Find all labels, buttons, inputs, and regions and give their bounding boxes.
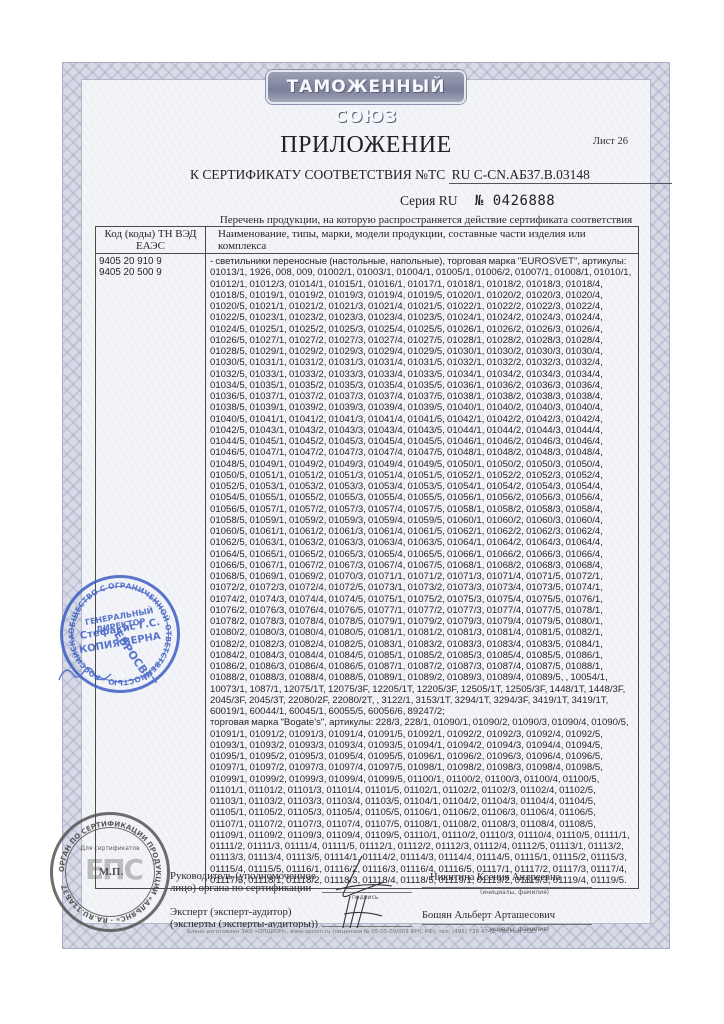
head-name-line [422, 887, 592, 888]
column-header-name: Наименование, типы, марки, модели продук… [206, 227, 639, 254]
true-copy-mark: КОПИЯ ВЕРНА [63, 628, 177, 659]
director-name: Стефакис Г.С. [63, 614, 177, 645]
form-printer-imprint: Бланк изготовлен ЗАО «ОПЦИОН», www.opcio… [183, 928, 491, 937]
series-line: Серия RU № 0426888 [400, 193, 555, 209]
svg-text:ОРГАН ПО СЕРТИФИКАЦИИ ПРОДУКЦИ: ОРГАН ПО СЕРТИФИКАЦИИ ПРОДУКЦИИ «АЛЬЯНС»… [58, 820, 162, 924]
hs-codes-cell: 9405 20 910 9 9405 20 500 9 [96, 254, 206, 889]
blank-number: № 0426888 [475, 193, 555, 209]
head-label: Руководитель (уполномоченное лицо) орган… [170, 870, 316, 894]
head-label-line-2: лицо) органа по сертификации [170, 882, 316, 894]
hs-code: 9405 20 910 9 [99, 256, 202, 267]
table-row: 9405 20 910 9 9405 20 500 9 - светильник… [96, 254, 639, 889]
product-description-cell: - светильники переносные (настольные, на… [206, 254, 639, 889]
products-table: Код (коды) ТН ВЭД ЕАЭС Наименование, тип… [95, 226, 639, 889]
head-name: Никитина Ксения Андреевна [430, 872, 560, 883]
column-header-code: Код (коды) ТН ВЭД ЕАЭС [96, 227, 206, 254]
eurosvet-articles: 01013/1, 1926, 008, 009, 01002/1, 01003/… [210, 267, 631, 717]
customs-union-banner: ТАМОЖЕННЫЙ СОЮЗ [266, 70, 466, 104]
eurosvet-intro: - светильники переносные (настольные, на… [210, 256, 626, 267]
expert-name: Бошян Альберт Арташесович [422, 910, 555, 921]
hs-code: 9405 20 500 9 [99, 267, 202, 278]
product-list-caption: Перечень продукции, на которую распростр… [162, 214, 650, 226]
table-header-row: Код (коды) ТН ВЭД ЕАЭС Наименование, тип… [96, 227, 639, 254]
certificate-reference: К СЕРТИФИКАТУ СООТВЕТСТВИЯ №ТС RU C-CN.А… [190, 167, 672, 184]
director-signature-icon [55, 660, 115, 690]
bogates-intro: торговая марка "Bogate's", артикулы: [210, 717, 373, 728]
series-label: Серия [400, 193, 435, 208]
certificate-prefix: К СЕРТИФИКАТУ СООТВЕТСТВИЯ №ТС [190, 167, 445, 182]
page-title: ПРИЛОЖЕНИЕ [82, 132, 650, 159]
expert-label-line-1: Эксперт (эксперт-аудитор) [170, 906, 318, 918]
certificate-number: RU C-CN.АБ37.В.03148 [449, 167, 672, 184]
company-seal-stamp: ОБЩЕСТВО С ОГРАНИЧЕННОЙ ОТВЕТСТВЕННОСТЬЮ… [60, 575, 180, 693]
expert-label: Эксперт (эксперт-аудитор) (эксперты (экс… [170, 906, 318, 930]
seal-place-mark: М.П. [89, 857, 133, 887]
head-label-line-1: Руководитель (уполномоченное [170, 870, 316, 882]
series-value: RU [439, 193, 458, 208]
cert-seal-ring-text: ОРГАН ПО СЕРТИФИКАЦИИ ПРОДУКЦИИ «АЛЬЯНС»… [53, 815, 167, 929]
certification-body-stamp: ОРГАН ПО СЕРТИФИКАЦИИ ПРОДУКЦИИ «АЛЬЯНС»… [50, 812, 170, 932]
head-name-caption: (инициалы, фамилия) [480, 889, 549, 896]
director-title: ГЕНЕРАЛЬНЫЙ ДИРЕКТОР [62, 602, 177, 640]
cert-stamp-inner-text: Для сертификатов [53, 845, 167, 852]
bogates-articles: 228/3, 228/1, 01090/1, 01090/2, 01090/3,… [210, 717, 630, 886]
certificate-body: ТАМОЖЕННЫЙ СОЮЗ Лист 26 ПРИЛОЖЕНИЕ К СЕР… [81, 79, 651, 924]
expert-name-line [422, 924, 592, 925]
